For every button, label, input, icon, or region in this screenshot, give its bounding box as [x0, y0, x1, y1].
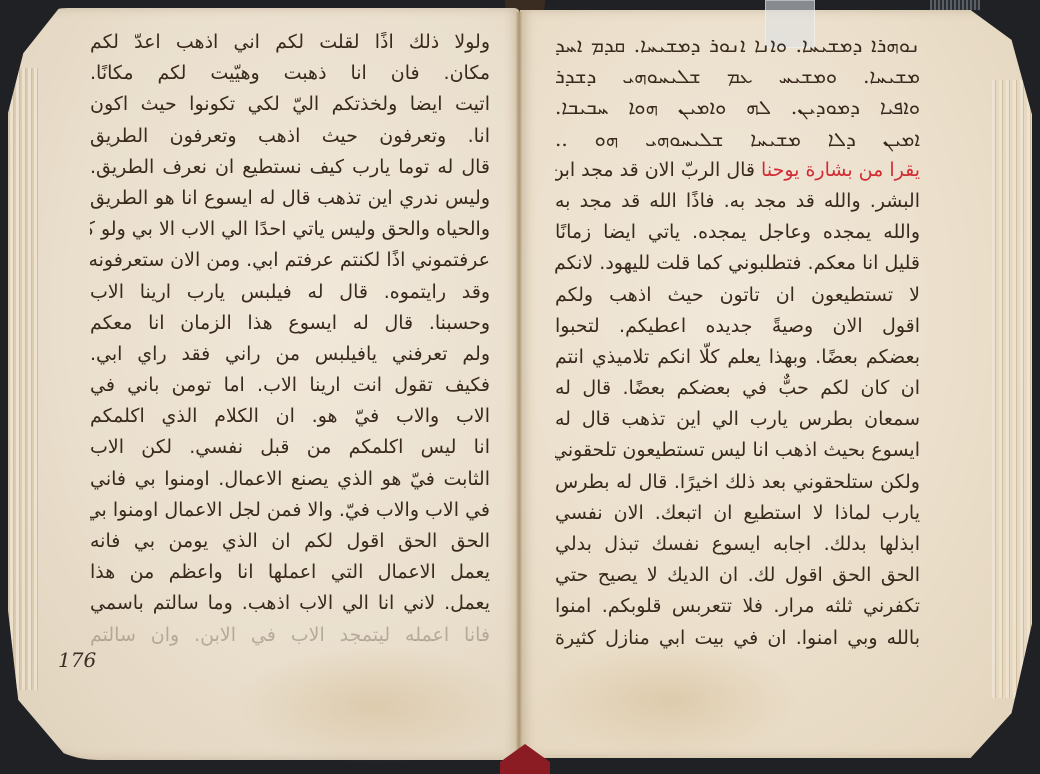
rubric-line-rest: قال الربّ الان قد مجد ابن: [555, 159, 755, 181]
text-line: فكيف تقول انت ارينا الاب. اما تومن باني …: [90, 370, 490, 401]
text-line: وليس ندري اين تذهب قال له ايسوع انا هو ا…: [90, 183, 490, 214]
text-line-faded: فانا اعمله ليتمجد الاب في الابن. وان سال…: [90, 620, 490, 651]
text-line: ولكن ستلحقوني بعد ذلك اخيرًا. قال له بطر…: [555, 467, 920, 498]
text-line: في الاب والاب فيّ. والا فمن لجل الاعمال …: [90, 495, 490, 526]
left-page-edge-stack: [8, 68, 38, 690]
text-line: تكفرني ثلثه مرار. فلا تتعربس قلوبكم. امن…: [555, 591, 920, 622]
text-line: يعمل الاعمال التي اعملها انا واعظم من هذ…: [90, 557, 490, 588]
text-line: انا ليس اكلمكم من قبل نفسي. لكن الاب: [90, 432, 490, 463]
text-line: اتيت ايضا ولخذتكم اليّ لكي تكونوا حيث اك…: [90, 89, 490, 120]
text-line: الاب والاب فيّ هو. ان الكلام الذي اكلمكم: [90, 401, 490, 432]
text-line-garshuni: ܢܘܗܪܐ ܕܡܫܝܚܐ. ܘܐܢܐ ܐܢܘܪ ܕܡܫܝܚܐ. ܩܕܡ ܐܚܕ: [555, 30, 920, 61]
text-line: مكان. فان انا ذهبت وهيّيت لكم مكانًا.: [90, 58, 490, 89]
folio-number: 176: [58, 648, 96, 672]
text-line: بالله وبي امنوا. ان في بيت ابي منازل كثي…: [555, 623, 920, 654]
text-line-rubric: يقرا من بشارة يوحنا قال الربّ الان قد مج…: [555, 155, 920, 186]
gutter-fold: [516, 12, 522, 757]
text-line: يارب لماذا لا استطيع ان اتبعك. الان نفسي: [555, 498, 920, 529]
support-cloth-texture: [930, 0, 980, 10]
text-line: الثابت فيّ هو الذي يصنع الاعمال. اومنوا …: [90, 464, 490, 495]
text-line: سمعان بطرس يارب الي اين تذهب قال له: [555, 404, 920, 435]
text-line: البشر. والله قد مجد به. فاذًا الله قد مج…: [555, 186, 920, 217]
text-line: لا تستطيعون ان تاتون حيث اذهب ولكم: [555, 280, 920, 311]
text-line: ان كان لكم حبٌّ في بعضكم بعضًا. قال له: [555, 373, 920, 404]
text-line: انا. وتعرفون حيث اذهب وتعرفون الطريق: [90, 121, 490, 152]
text-line-garshuni: ܡܫܝܚܐ. ܘܡܫܝܚ ܥܡ ܫܠܝܚܘܗܝ ܕܫܕܪ: [555, 61, 920, 92]
right-page-edge-stack: [992, 80, 1032, 698]
left-page-text: ولولا ذلك اذًا لقلت لكم اني اذهب اعدّ لك…: [90, 27, 490, 651]
text-line: بعضكم بعضًا. وبهذا يعلم كلًّا انكم تلامي…: [555, 342, 920, 373]
text-line: الحق الحق اقول لك. ان الديك لا يصيح حتي: [555, 560, 920, 591]
text-line: الحق الحق اقول لكم ان الذي يومن بي فانه: [90, 526, 490, 557]
manuscript-spread: ولولا ذلك اذًا لقلت لكم اني اذهب اعدّ لك…: [0, 0, 1040, 774]
right-page-text: ܢܘܗܪܐ ܕܡܫܝܚܐ. ܘܐܢܐ ܐܢܘܪ ܕܡܫܝܚܐ. ܩܕܡ ܐܚܕ …: [555, 30, 920, 654]
text-line: ولولا ذلك اذًا لقلت لكم اني اذهب اعدّ لك…: [90, 27, 490, 58]
text-line-garshuni: ܘܐܦܝܐ ܕܡܘܕܝܢ. ܠܗ ܘܐܡܝܢ ܗܘܐ ܚܒܝܒܐ.: [555, 92, 920, 123]
text-line: وقد رايتموه. قال له فيلبس يارب ارينا الا…: [90, 277, 490, 308]
text-line: ابذلها بدلك. اجابه ايسوع نفسك تبذل بدلي: [555, 529, 920, 560]
text-line: ايسوع بحيث اذهب انا ليس تستطيعون تلحقوني: [555, 435, 920, 466]
text-line: قليل انا معكم. فتطلبوني كما قلت لليهود. …: [555, 248, 920, 279]
text-line: ولم تعرفني يافيلبس من راني فقد راي ابي.: [90, 339, 490, 370]
rubric-heading: يقرا من بشارة يوحنا: [761, 159, 920, 181]
text-line-garshuni: ܐܡܝܢ ܕܠܐ ܡܫܝܚܐ ܫܠܝܚܘܗܝ ܗܘ ..: [555, 124, 920, 155]
text-line: قال له توما يارب كيف نستطيع ان نعرف الطر…: [90, 152, 490, 183]
text-line: والله يمجده وعاجل يمجده. ياتي ايضا زمانً…: [555, 217, 920, 248]
text-line: والحياه والحق وليس ياتي احدًا الي الاب ا…: [90, 214, 490, 245]
text-line: وحسبنا. قال له ايسوع هذا الزمان انا معكم: [90, 308, 490, 339]
text-line: يعمل. لاني انا الي الاب اذهب. وما سالتم …: [90, 588, 490, 619]
text-line: اقول الان وصيةً جديده اعطيكم. لتحبوا: [555, 311, 920, 342]
text-line: عرفتموني اذًا لكنتم عرفتم ابي. ومن الان …: [90, 245, 490, 276]
